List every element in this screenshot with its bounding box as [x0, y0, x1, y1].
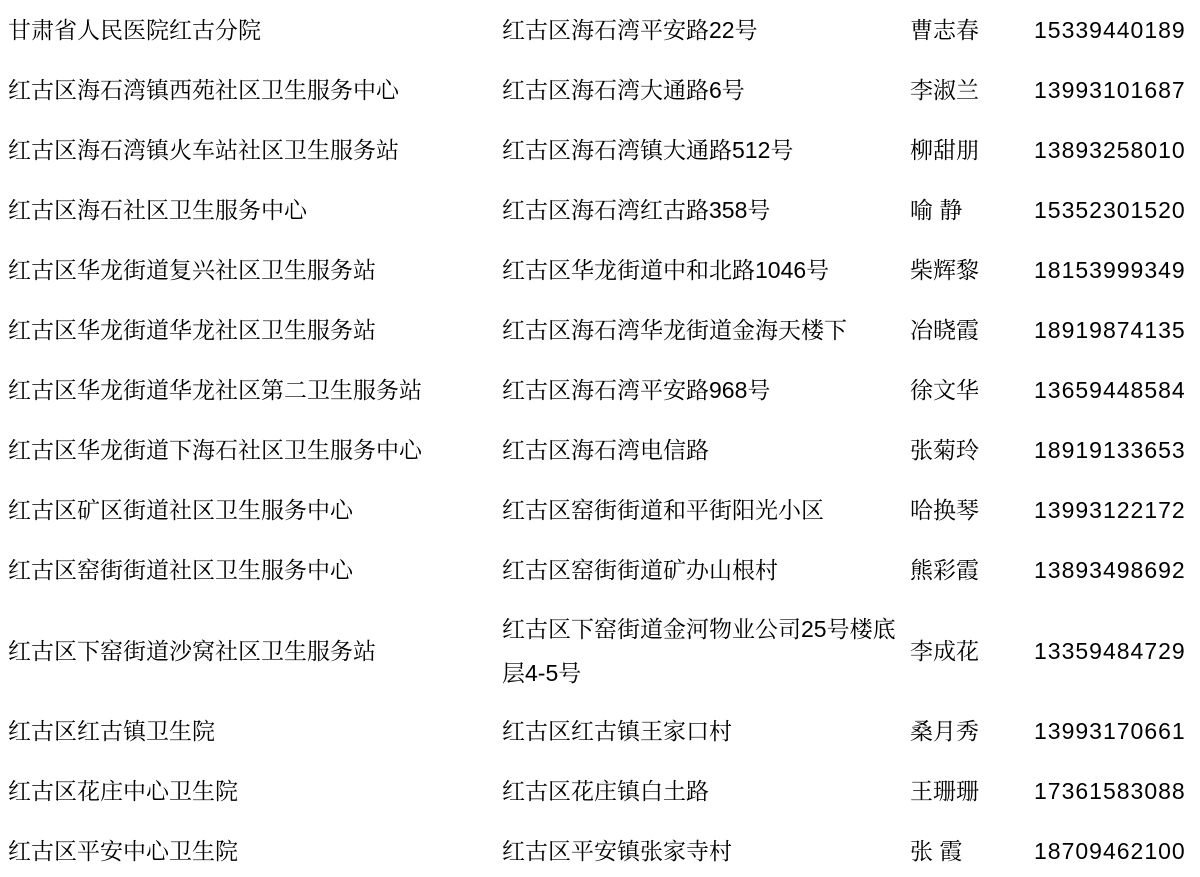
address-cell: 红古区华龙街道中和北路1046号	[494, 240, 902, 300]
institution-name-cell: 红古区华龙街道华龙社区卫生服务站	[0, 300, 494, 360]
contact-person-cell: 喻 静	[902, 180, 1026, 240]
table-row: 红古区华龙街道华龙社区卫生服务站 红古区海石湾华龙街道金海天楼下 冶晓霞 189…	[0, 300, 1200, 360]
table-row: 红古区花庄中心卫生院 红古区花庄镇白土路 王珊珊 17361583088	[0, 761, 1200, 821]
institution-name-cell: 红古区华龙街道华龙社区第二卫生服务站	[0, 360, 494, 420]
institution-name-cell: 红古区红古镇卫生院	[0, 701, 494, 761]
address-cell: 红古区海石湾电信路	[494, 420, 902, 480]
address-cell: 红古区下窑街道金河物业公司25号楼底层4-5号	[494, 600, 902, 701]
table-row: 红古区窑街街道社区卫生服务中心 红古区窑街街道矿办山根村 熊彩霞 1389349…	[0, 540, 1200, 600]
table-row: 甘肃省人民医院红古分院 红古区海石湾平安路22号 曹志春 15339440189	[0, 0, 1200, 60]
institution-name-cell: 红古区花庄中心卫生院	[0, 761, 494, 821]
institution-name-cell: 红古区华龙街道复兴社区卫生服务站	[0, 240, 494, 300]
address-cell: 红古区海石湾平安路968号	[494, 360, 902, 420]
phone-number-cell: 18919874135	[1026, 300, 1200, 360]
table-row: 红古区下窑街道沙窝社区卫生服务站 红古区下窑街道金河物业公司25号楼底层4-5号…	[0, 600, 1200, 701]
contact-person-cell: 哈换琴	[902, 480, 1026, 540]
phone-number-cell: 13359484729	[1026, 600, 1200, 701]
table-row: 红古区海石湾镇火车站社区卫生服务站 红古区海石湾镇大通路512号 柳甜朋 138…	[0, 120, 1200, 180]
address-cell: 红古区海石湾华龙街道金海天楼下	[494, 300, 902, 360]
phone-number-cell: 13993101687	[1026, 60, 1200, 120]
phone-number-cell: 13659448584	[1026, 360, 1200, 420]
address-cell: 红古区海石湾红古路358号	[494, 180, 902, 240]
table-row: 红古区矿区街道社区卫生服务中心 红古区窑街街道和平街阳光小区 哈换琴 13993…	[0, 480, 1200, 540]
contact-directory-page: 甘肃省人民医院红古分院 红古区海石湾平安路22号 曹志春 15339440189…	[0, 0, 1200, 877]
address-cell: 红古区海石湾镇大通路512号	[494, 120, 902, 180]
contact-person-cell: 曹志春	[902, 0, 1026, 60]
table-row: 红古区海石社区卫生服务中心 红古区海石湾红古路358号 喻 静 15352301…	[0, 180, 1200, 240]
address-cell: 红古区海石湾大通路6号	[494, 60, 902, 120]
contact-person-cell: 冶晓霞	[902, 300, 1026, 360]
institution-name-cell: 红古区海石湾镇火车站社区卫生服务站	[0, 120, 494, 180]
contact-person-cell: 柳甜朋	[902, 120, 1026, 180]
contact-person-cell: 张菊玲	[902, 420, 1026, 480]
address-cell: 红古区花庄镇白土路	[494, 761, 902, 821]
contact-person-cell: 柴辉黎	[902, 240, 1026, 300]
institution-name-cell: 红古区华龙街道下海石社区卫生服务中心	[0, 420, 494, 480]
contact-person-cell: 王珊珊	[902, 761, 1026, 821]
address-cell: 红古区窑街街道和平街阳光小区	[494, 480, 902, 540]
phone-number-cell: 13993170661	[1026, 701, 1200, 761]
phone-number-cell: 15339440189	[1026, 0, 1200, 60]
address-cell: 红古区平安镇张家寺村	[494, 821, 902, 877]
table-row: 红古区海石湾镇西苑社区卫生服务中心 红古区海石湾大通路6号 李淑兰 139931…	[0, 60, 1200, 120]
address-cell: 红古区窑街街道矿办山根村	[494, 540, 902, 600]
health-institution-directory-table: 甘肃省人民医院红古分院 红古区海石湾平安路22号 曹志春 15339440189…	[0, 0, 1200, 877]
phone-number-cell: 13993122172	[1026, 480, 1200, 540]
phone-number-cell: 18709462100	[1026, 821, 1200, 877]
table-row: 红古区华龙街道下海石社区卫生服务中心 红古区海石湾电信路 张菊玲 1891913…	[0, 420, 1200, 480]
table-row: 红古区红古镇卫生院 红古区红古镇王家口村 桑月秀 13993170661	[0, 701, 1200, 761]
contact-person-cell: 熊彩霞	[902, 540, 1026, 600]
contact-person-cell: 李淑兰	[902, 60, 1026, 120]
institution-name-cell: 红古区海石湾镇西苑社区卫生服务中心	[0, 60, 494, 120]
institution-name-cell: 甘肃省人民医院红古分院	[0, 0, 494, 60]
contact-person-cell: 徐文华	[902, 360, 1026, 420]
phone-number-cell: 18153999349	[1026, 240, 1200, 300]
institution-name-cell: 红古区平安中心卫生院	[0, 821, 494, 877]
contact-person-cell: 桑月秀	[902, 701, 1026, 761]
table-row: 红古区华龙街道复兴社区卫生服务站 红古区华龙街道中和北路1046号 柴辉黎 18…	[0, 240, 1200, 300]
phone-number-cell: 15352301520	[1026, 180, 1200, 240]
contact-person-cell: 李成花	[902, 600, 1026, 701]
contact-person-cell: 张 霞	[902, 821, 1026, 877]
institution-name-cell: 红古区窑街街道社区卫生服务中心	[0, 540, 494, 600]
phone-number-cell: 17361583088	[1026, 761, 1200, 821]
institution-name-cell: 红古区下窑街道沙窝社区卫生服务站	[0, 600, 494, 701]
table-row: 红古区华龙街道华龙社区第二卫生服务站 红古区海石湾平安路968号 徐文华 136…	[0, 360, 1200, 420]
address-cell: 红古区红古镇王家口村	[494, 701, 902, 761]
phone-number-cell: 13893258010	[1026, 120, 1200, 180]
table-row: 红古区平安中心卫生院 红古区平安镇张家寺村 张 霞 18709462100	[0, 821, 1200, 877]
institution-name-cell: 红古区海石社区卫生服务中心	[0, 180, 494, 240]
phone-number-cell: 13893498692	[1026, 540, 1200, 600]
address-cell: 红古区海石湾平安路22号	[494, 0, 902, 60]
institution-name-cell: 红古区矿区街道社区卫生服务中心	[0, 480, 494, 540]
phone-number-cell: 18919133653	[1026, 420, 1200, 480]
